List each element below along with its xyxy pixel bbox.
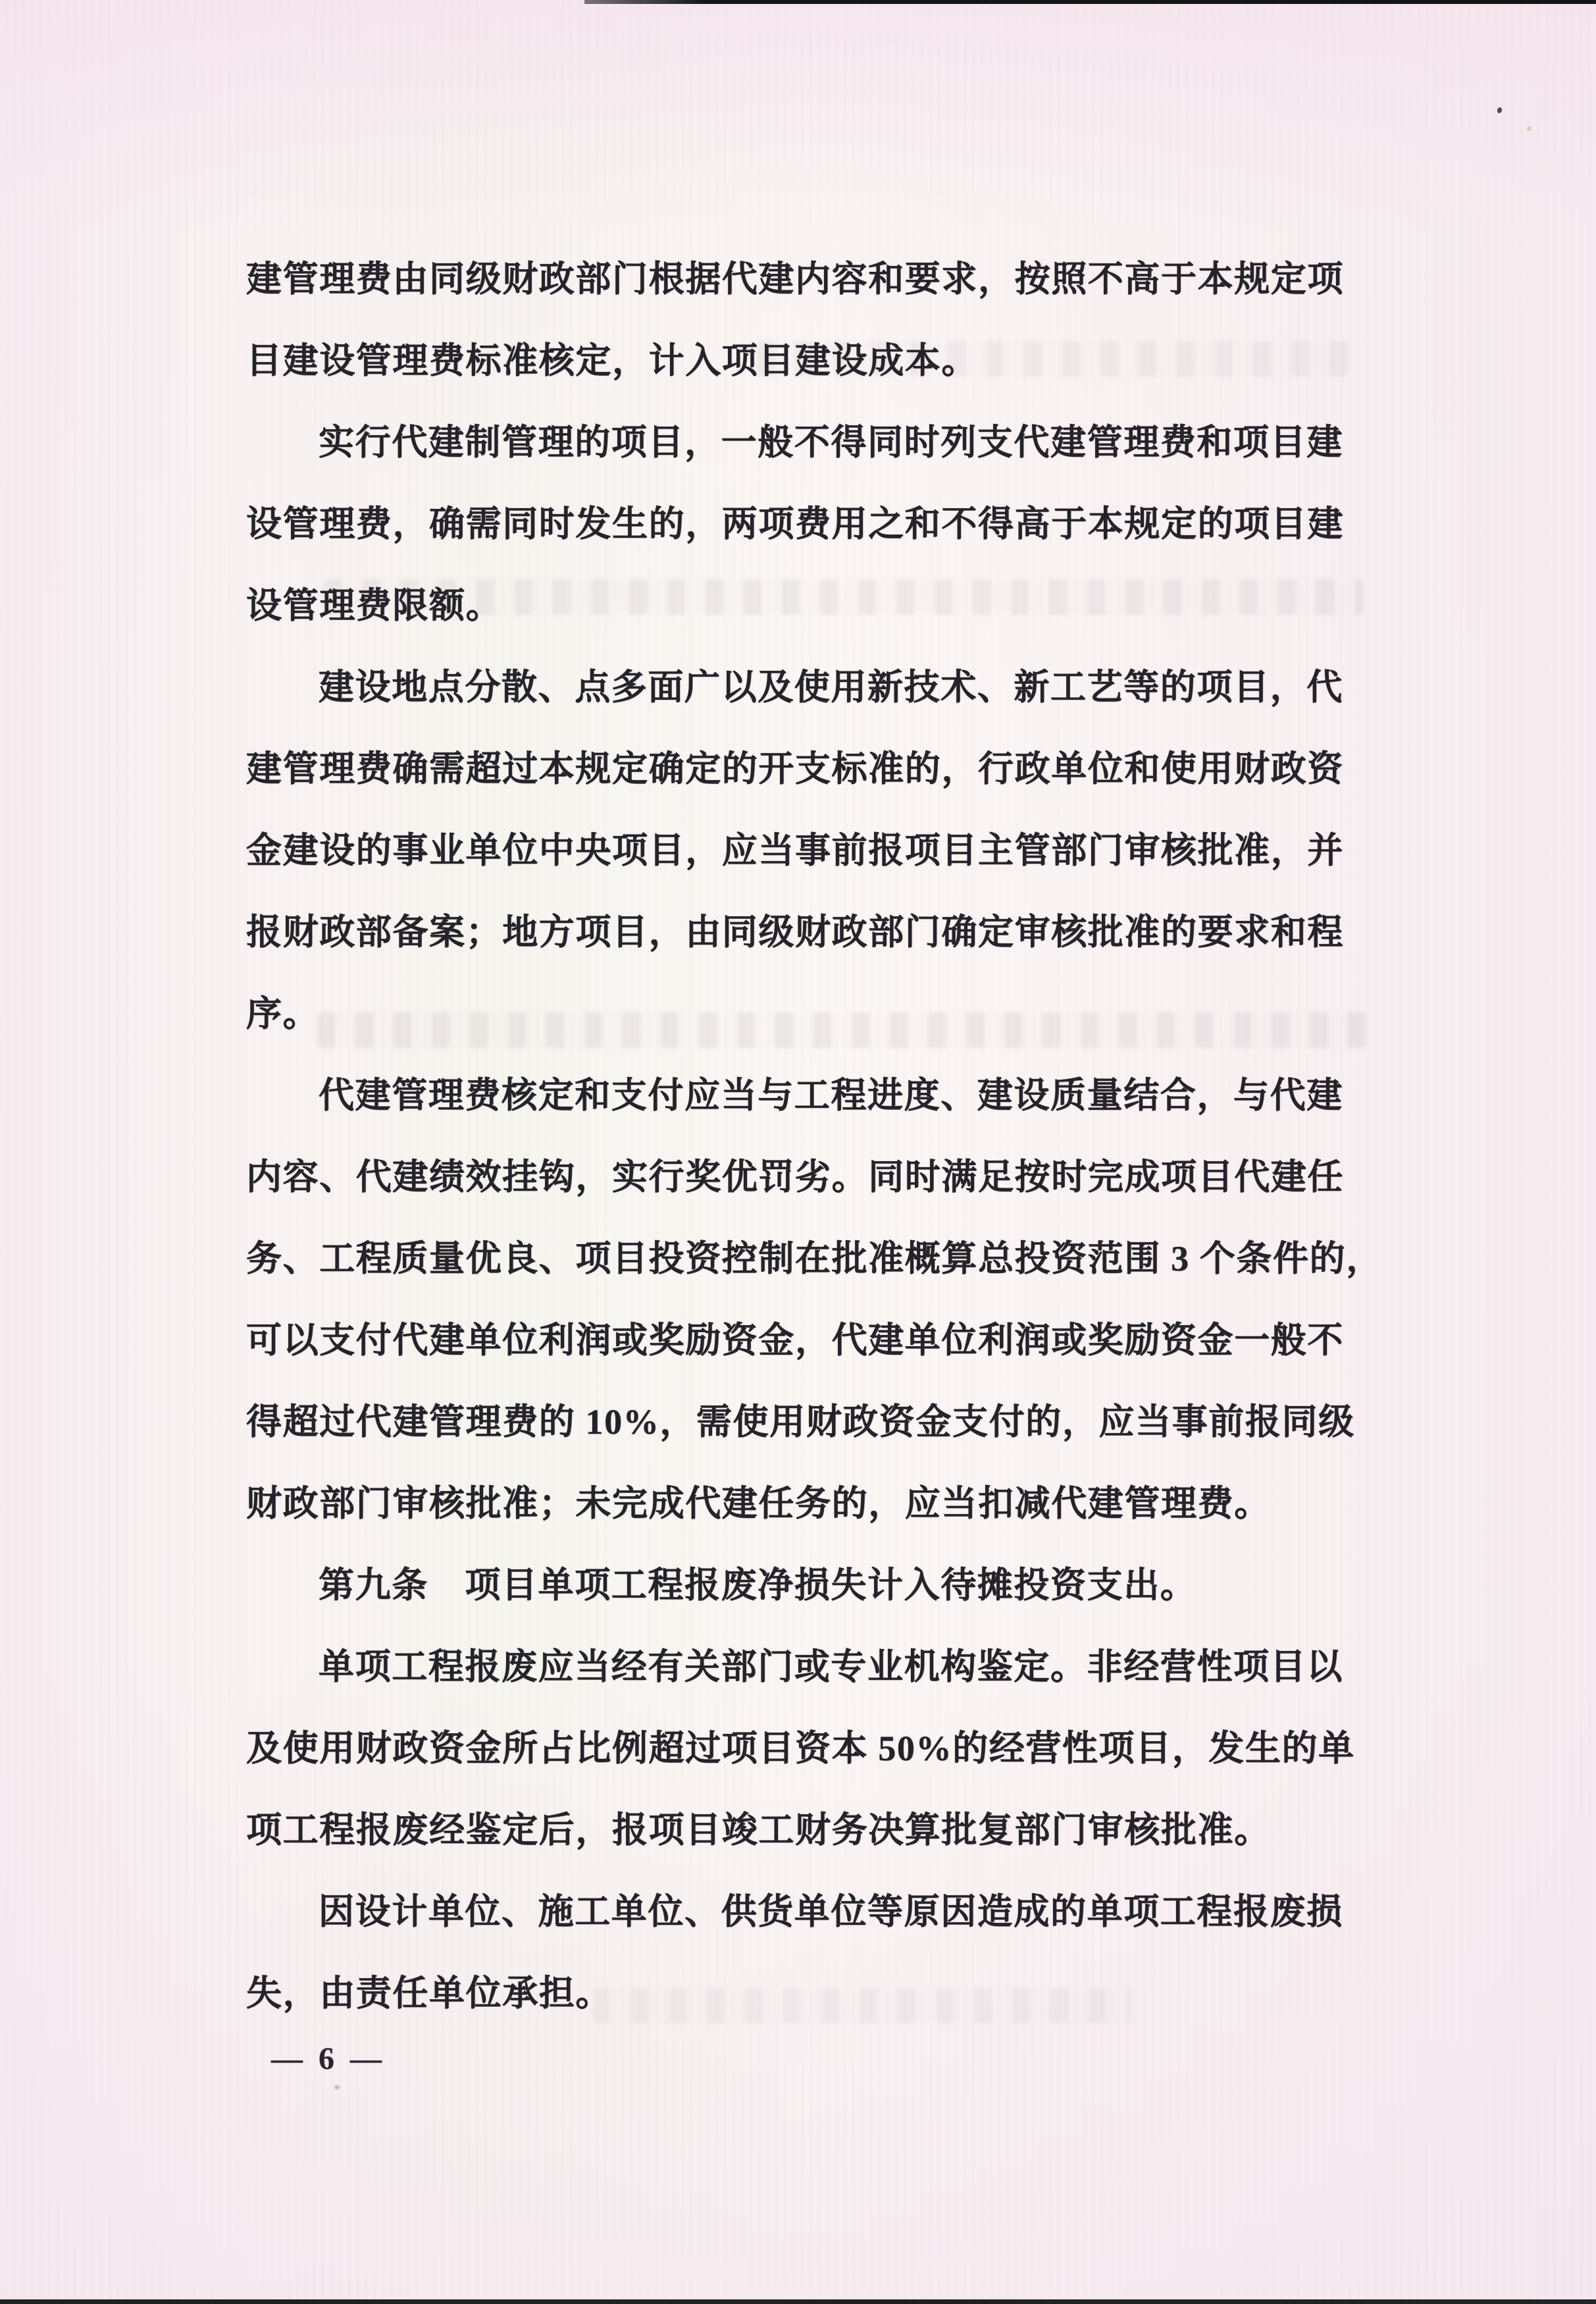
- text-line: 代建管理费核定和支付应当与工程进度、建设质量结合，与代建: [246, 1055, 1352, 1136]
- text-line: 设管理费，确需同时发生的，两项费用之和不得高于本规定的项目建: [246, 483, 1352, 565]
- text-line: 及使用财政资金所占比例超过项目资本 50%的经营性项目，发生的单: [246, 1708, 1352, 1789]
- text-line: 设管理费限额。: [246, 565, 1352, 646]
- page-number: — 6 —: [271, 2033, 386, 2085]
- text-line: 可以支付代建单位利润或奖励资金，代建单位利润或奖励资金一般不: [246, 1299, 1352, 1381]
- text-line: 务、工程质量优良、项目投资控制在批准概算总投资范围 3 个条件的，: [246, 1218, 1352, 1299]
- scan-artifact-top-edge: [584, 0, 1596, 4]
- text-line: 目建设管理费标准核定，计入项目建设成本。: [246, 320, 1352, 402]
- text-line: 建设地点分散、点多面广以及使用新技术、新工艺等的项目，代: [246, 646, 1352, 728]
- text-line: 报财政部备案；地方项目，由同级财政部门确定审核批准的要求和程: [246, 891, 1352, 973]
- text-line: 因设计单位、施工单位、供货单位等原因造成的单项工程报废损: [246, 1871, 1352, 1952]
- text-line: 序。: [246, 973, 1352, 1055]
- text-line: 建管理费由同级财政部门根据代建内容和要求，按照不高于本规定项: [246, 238, 1352, 320]
- ink-speck: [334, 2085, 340, 2089]
- ink-speck: [1527, 126, 1532, 131]
- text-line: 金建设的事业单位中央项目，应当事前报项目主管部门审核批准，并: [246, 810, 1352, 891]
- body-text: 建管理费由同级财政部门根据代建内容和要求，按照不高于本规定项 目建设管理费标准核…: [246, 238, 1352, 2034]
- text-line: 第九条 项目单项工程报废净损失计入待摊投资支出。: [246, 1544, 1352, 1626]
- text-line: 得超过代建管理费的 10%，需使用财政资金支付的，应当事前报同级: [246, 1381, 1352, 1463]
- ink-speck: [1497, 107, 1503, 114]
- text-line: 实行代建制管理的项目，一般不得同时列支代建管理费和项目建: [246, 402, 1352, 483]
- text-line: 财政部门审核批准；未完成代建任务的，应当扣减代建管理费。: [246, 1463, 1352, 1544]
- text-line: 内容、代建绩效挂钩，实行奖优罚劣。同时满足按时完成项目代建任: [246, 1136, 1352, 1218]
- scan-artifact-bottom-edge: [0, 2299, 1596, 2304]
- text-line: 项工程报废经鉴定后，报项目竣工财务决算批复部门审核批准。: [246, 1789, 1352, 1871]
- scanned-document-page: 建管理费由同级财政部门根据代建内容和要求，按照不高于本规定项 目建设管理费标准核…: [0, 0, 1596, 2304]
- text-line: 单项工程报废应当经有关部门或专业机构鉴定。非经营性项目以: [246, 1626, 1352, 1708]
- text-line: 失，由责任单位承担。: [246, 1952, 1352, 2034]
- text-line: 建管理费确需超过本规定确定的开支标准的，行政单位和使用财政资: [246, 728, 1352, 810]
